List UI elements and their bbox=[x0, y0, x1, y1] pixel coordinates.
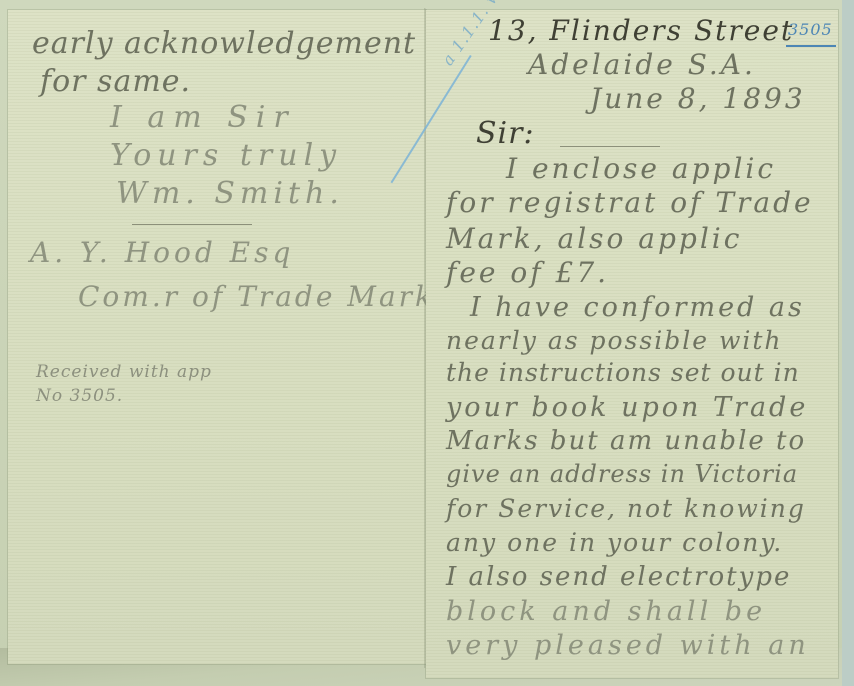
body-line: fee of £7. bbox=[446, 256, 609, 289]
address-line: Adelaide S.A. bbox=[528, 48, 756, 81]
body-line: block and shall be bbox=[446, 596, 766, 627]
adjacent-sheet-edge bbox=[842, 0, 854, 686]
pencil-note: No 3505. bbox=[36, 386, 123, 406]
body-line: your book upon Trade bbox=[446, 392, 808, 423]
body-line: nearly as possible with bbox=[446, 326, 783, 355]
reference-underline bbox=[786, 45, 836, 47]
addressee-name: A. Y. Hood Esq bbox=[30, 236, 294, 269]
letter-date: June 8, 1893 bbox=[590, 82, 806, 115]
salutation-rule bbox=[560, 146, 660, 147]
body-line: for same. bbox=[40, 64, 191, 99]
body-line: for Service, not knowing bbox=[446, 494, 806, 523]
salutation: Sir: bbox=[476, 116, 535, 151]
body-line: for registrat of Trade bbox=[446, 186, 814, 219]
signature: Wm. Smith. bbox=[116, 176, 344, 211]
body-line: I enclose applic bbox=[506, 152, 776, 185]
pencil-note: Received with app bbox=[36, 362, 212, 382]
body-line: very pleased with an bbox=[446, 630, 810, 661]
closing-line: I am Sir bbox=[110, 100, 296, 135]
separator-rule bbox=[132, 224, 252, 225]
closing-line: Yours truly bbox=[110, 138, 342, 173]
body-line: Mark, also applic bbox=[446, 222, 742, 255]
address-line: 13, Flinders Street bbox=[488, 14, 794, 47]
reference-number: 3505 bbox=[788, 20, 833, 39]
body-line: I also send electrotype bbox=[446, 562, 791, 592]
body-line: give an address in Victoria bbox=[446, 460, 798, 488]
body-line: any one in your colony. bbox=[446, 528, 783, 557]
body-line: Marks but am unable to bbox=[446, 426, 806, 456]
body-line: early acknowledgement bbox=[32, 26, 416, 61]
body-line: the instructions set out in bbox=[446, 358, 800, 387]
body-line: I have conformed as bbox=[470, 292, 805, 323]
addressee-title: Com.r of Trade Marks bbox=[78, 280, 452, 313]
